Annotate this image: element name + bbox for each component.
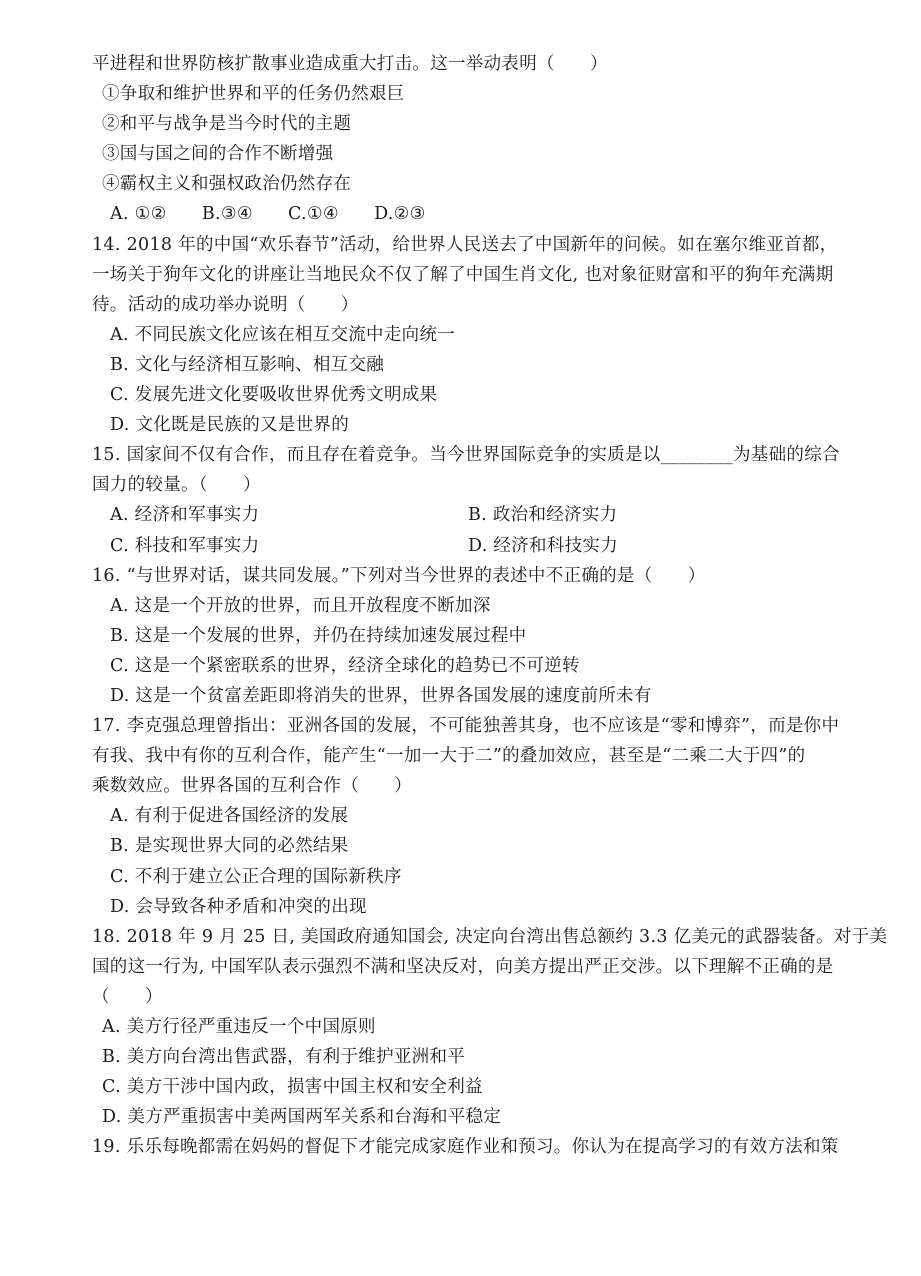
question-16-line-5: D. 这是一个贫富差距即将消失的世界，世界各国发展的速度前所未有 <box>92 681 867 711</box>
question-17-line-4: A. 有利于促进各国经济的发展 <box>92 801 867 831</box>
question-15-line-4: C. 科技和军事实力D. 经济和科技实力 <box>92 531 867 561</box>
question-15-option-right: B. 政治和经济实力 <box>468 500 618 530</box>
question-14-line-3: 待。活动的成功举办说明（ ） <box>92 290 867 320</box>
question-14-line-6: C. 发展先进文化要吸收世界优秀文明成果 <box>92 380 867 410</box>
question-13-continuation-line-1: 平进程和世界防核扩散事业造成重大打击。这一举动表明（ ） <box>92 49 867 79</box>
question-13-continuation: 平进程和世界防核扩散事业造成重大打击。这一举动表明（ ）①争取和维护世界和平的任… <box>92 49 867 230</box>
question-13-continuation-line-4: ③国与国之间的合作不断增强 <box>92 139 867 169</box>
question-16-line-1: 16. “与世界对话，谋共同发展。”下列对当今世界的表述中不正确的是（ ） <box>92 561 867 591</box>
exam-content: 平进程和世界防核扩散事业造成重大打击。这一举动表明（ ）①争取和维护世界和平的任… <box>92 49 867 1162</box>
question-19: 19. 乐乐每晚都需在妈妈的督促下才能完成家庭作业和预习。你认为在提高学习的有效… <box>92 1132 867 1162</box>
question-14-line-1: 14. 2018 年的中国“欢乐春节”活动，给世界人民送去了中国新年的问候。如在… <box>92 230 867 260</box>
question-16-line-2: A. 这是一个开放的世界，而且开放程度不断加深 <box>92 591 867 621</box>
question-13-continuation-line-6: A. ①② B.③④ C.①④ D.②③ <box>92 199 867 229</box>
question-15-option-left: A. 经济和军事实力 <box>110 505 259 525</box>
question-18-line-4: A. 美方行径严重违反一个中国原则 <box>92 1012 867 1042</box>
question-15: 15. 国家间不仅有合作，而且存在着竞争。当今世界国际竞争的实质是以______… <box>92 440 867 560</box>
question-18-line-1: 18. 2018 年 9 月 25 日, 美国政府通知国会, 决定向台湾出售总额… <box>92 922 867 952</box>
question-17-line-7: D. 会导致各种矛盾和冲突的出现 <box>92 892 867 922</box>
question-17-line-3: 乘数效应。世界各国的互利合作（ ） <box>92 771 867 801</box>
question-16-line-3: B. 这是一个发展的世界，并仍在持续加速发展过程中 <box>92 621 867 651</box>
question-17-line-2: 有我、我中有你的互利合作，能产生“一加一大于二”的叠加效应，甚至是“二乘二大于四… <box>92 741 867 771</box>
question-14-line-5: B. 文化与经济相互影响、相互交融 <box>92 350 867 380</box>
question-16: 16. “与世界对话，谋共同发展。”下列对当今世界的表述中不正确的是（ ）A. … <box>92 561 867 711</box>
question-14-line-2: 一场关于狗年文化的讲座让当地民众不仅了解了中国生肖文化, 也对象征财富和平的狗年… <box>92 260 867 290</box>
question-14-line-7: D. 文化既是民族的又是世界的 <box>92 410 867 440</box>
exam-paper-page: 平进程和世界防核扩散事业造成重大打击。这一举动表明（ ）①争取和维护世界和平的任… <box>0 0 921 1276</box>
question-13-continuation-line-5: ④霸权主义和强权政治仍然存在 <box>92 169 867 199</box>
question-15-option-left: C. 科技和军事实力 <box>110 536 259 556</box>
question-15-line-3: A. 经济和军事实力B. 政治和经济实力 <box>92 500 867 530</box>
question-16-line-4: C. 这是一个紧密联系的世界，经济全球化的趋势已不可逆转 <box>92 651 867 681</box>
question-17-line-6: C. 不利于建立公正合理的国际新秩序 <box>92 862 867 892</box>
question-14: 14. 2018 年的中国“欢乐春节”活动，给世界人民送去了中国新年的问候。如在… <box>92 230 867 441</box>
question-17-line-1: 17. 李克强总理曾指出：亚洲各国的发展，不可能独善其身，也不应该是“零和博弈”… <box>92 711 867 741</box>
question-19-line-1: 19. 乐乐每晚都需在妈妈的督促下才能完成家庭作业和预习。你认为在提高学习的有效… <box>92 1132 867 1162</box>
question-13-continuation-line-2: ①争取和维护世界和平的任务仍然艰巨 <box>92 79 867 109</box>
question-18-line-3: （ ） <box>92 982 867 1012</box>
question-13-continuation-line-3: ②和平与战争是当今时代的主题 <box>92 109 867 139</box>
question-18-line-6: C. 美方干涉中国内政，损害中国主权和安全利益 <box>92 1072 867 1102</box>
question-14-line-4: A. 不同民族文化应该在相互交流中走向统一 <box>92 320 867 350</box>
question-18: 18. 2018 年 9 月 25 日, 美国政府通知国会, 决定向台湾出售总额… <box>92 922 867 1133</box>
question-15-option-right: D. 经济和科技实力 <box>468 531 618 561</box>
question-18-line-2: 国的这一行为, 中国军队表示强烈不满和坚决反对，向美方提出严正交涉。以下理解不正… <box>92 952 867 982</box>
question-17: 17. 李克强总理曾指出：亚洲各国的发展，不可能独善其身，也不应该是“零和博弈”… <box>92 711 867 922</box>
question-18-line-5: B. 美方向台湾出售武器，有利于维护亚洲和平 <box>92 1042 867 1072</box>
question-15-line-2: 国力的较量。（ ） <box>92 470 867 500</box>
question-17-line-5: B. 是实现世界大同的必然结果 <box>92 831 867 861</box>
question-15-line-1: 15. 国家间不仅有合作，而且存在着竞争。当今世界国际竞争的实质是以______… <box>92 440 867 470</box>
question-18-line-7: D. 美方严重损害中美两国两军关系和台海和平稳定 <box>92 1102 867 1132</box>
